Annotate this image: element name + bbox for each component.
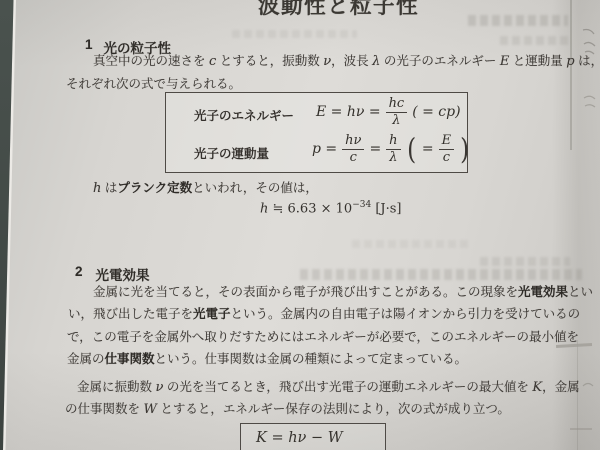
math-variable: K bbox=[532, 380, 542, 395]
key-term: プランク定数 bbox=[117, 181, 192, 195]
fraction: hν c bbox=[342, 134, 364, 164]
text-segment: の光子のエネルギー bbox=[380, 54, 499, 68]
bleed-through-mark bbox=[480, 257, 570, 266]
section2-heading-label: 光電効果 bbox=[96, 264, 150, 284]
fraction: h λ bbox=[386, 134, 400, 164]
fraction: hc λ bbox=[386, 97, 408, 127]
text-segment: とい bbox=[568, 285, 593, 299]
section2-number: 2 bbox=[75, 264, 83, 284]
text-segment: 金属に振動数 bbox=[77, 380, 155, 394]
section1-number: 1 bbox=[85, 37, 93, 57]
text-segment: は bbox=[101, 181, 117, 195]
formula-segment: = bbox=[422, 141, 434, 157]
math-variable: ν bbox=[323, 54, 331, 69]
text-segment: とすると，エネルギー保存の法則により，次の式が成り立つ。 bbox=[157, 402, 510, 416]
text-segment: 金属の bbox=[67, 352, 105, 366]
body-line: の仕事関数を W とすると，エネルギー保存の法則により，次の式が成り立つ。 bbox=[65, 403, 510, 416]
bleed-through-mark bbox=[232, 30, 357, 38]
section1-intro-line1: 真空中の光の速さを c とすると，振動数 ν，波長 λ の光子のエネルギー E … bbox=[93, 55, 600, 68]
fraction-numerator: hν bbox=[342, 134, 364, 150]
text-segment: の光を当てるとき，飛び出す光電子の運動エネルギーの最大値を bbox=[163, 380, 532, 394]
fraction-numerator: h bbox=[386, 134, 400, 150]
formula-segment: K = hν − W bbox=[256, 430, 343, 446]
body-line: 金属に振動数 ν の光を当てるとき，飛び出す光電子の運動エネルギーの最大値を K… bbox=[77, 381, 580, 394]
bleed-through-mark bbox=[500, 36, 572, 45]
unit-label: [J·s] bbox=[371, 201, 401, 216]
text-segment: で，この電子を金属外へ取りだすためにはエネルギーが必要で，このエネルギーの最小値… bbox=[67, 330, 579, 344]
section2-heading: 2 光電効果 bbox=[75, 264, 150, 284]
body-line: で，この電子を金属外へ取りだすためにはエネルギーが必要で，このエネルギーの最小値… bbox=[67, 331, 579, 344]
formula-segment: = bbox=[369, 141, 381, 157]
text-segment: ，金属 bbox=[542, 380, 580, 394]
text-segment: という。仕事関数は金属の種類によって定まっている。 bbox=[155, 352, 468, 366]
text-segment: という。金属内の自由電子は陽イオンから引力を受けているの bbox=[231, 307, 581, 321]
handwritten-mark bbox=[582, 92, 598, 112]
fraction-denominator: λ bbox=[386, 150, 400, 165]
body-line: い，飛び出した電子を光電子という。金属内の自由電子は陽イオンから引力を受けている… bbox=[68, 308, 580, 321]
fraction: E c bbox=[439, 134, 455, 164]
body-line: 金属に光を当てると，その表面から電子が飛び出すことがある。この現象を光電効果とい bbox=[93, 286, 593, 299]
fraction-denominator: c bbox=[342, 150, 364, 165]
text-segment: の仕事関数を bbox=[65, 402, 143, 416]
formula-segment: E = hν = bbox=[316, 104, 381, 120]
fraction-numerator: hc bbox=[386, 97, 408, 113]
text-segment: ，波長 bbox=[331, 54, 372, 68]
handwritten-mark bbox=[570, 428, 592, 430]
key-term: 光電効果 bbox=[518, 285, 568, 299]
bleed-through-mark bbox=[352, 240, 472, 248]
text-segment: 金属に光を当てると，その表面から電子が飛び出すことがある。この現象を bbox=[93, 285, 518, 299]
math-variable: p bbox=[566, 54, 574, 69]
page-title: 波動性と粒子性 bbox=[258, 0, 419, 20]
key-term: 光電子 bbox=[193, 307, 231, 321]
bleed-through-mark bbox=[300, 269, 582, 280]
exponent: −34 bbox=[352, 200, 371, 210]
momentum-formula: p = hν c = h λ ( = E c ) bbox=[312, 131, 470, 167]
textbook-page: 波動性と粒子性 1 光の粒子性 真空中の光の速さを c とすると，振動数 ν，波… bbox=[0, 0, 600, 450]
text-segment: は， bbox=[575, 54, 600, 68]
math-variable: W bbox=[143, 402, 156, 417]
text-segment: とすると，振動数 bbox=[216, 54, 323, 68]
body-line: 金属の仕事関数という。仕事関数は金属の種類によって定まっている。 bbox=[67, 353, 467, 366]
planck-note: h はプランク定数といわれ，その値は， bbox=[93, 182, 318, 195]
math-variable: E bbox=[500, 54, 510, 69]
page-edge-line bbox=[577, 340, 578, 450]
text-segment: い，飛び出した電子を bbox=[68, 307, 193, 321]
text-segment: と運動量 bbox=[509, 54, 566, 68]
photon-formula-box: 光子のエネルギー E = hν = hc λ ( = cp) 光子の運動量 p … bbox=[165, 92, 468, 173]
formula-segment: ≒ 6.63 × 10 bbox=[268, 201, 352, 216]
energy-label: 光子のエネルギー bbox=[194, 106, 294, 124]
text-segment: といわれ，その値は， bbox=[192, 181, 318, 195]
photoelectric-formula-box: K = hν − W bbox=[240, 423, 386, 450]
fraction-numerator: E bbox=[439, 134, 455, 150]
energy-formula: E = hν = hc λ ( = cp) bbox=[316, 94, 461, 130]
formula-segment: ( = cp) bbox=[412, 104, 460, 120]
fraction-denominator: c bbox=[439, 150, 455, 165]
photoelectric-formula: K = hν − W bbox=[256, 420, 343, 450]
handwritten-mark bbox=[580, 26, 598, 56]
handwritten-mark bbox=[581, 378, 595, 390]
photographed-textbook-page: { "page": { "title": "波動性と粒子性", "section… bbox=[0, 0, 600, 450]
bleed-through-mark bbox=[468, 15, 568, 26]
formula-segment: p = bbox=[312, 141, 337, 157]
fraction-denominator: λ bbox=[386, 113, 408, 128]
page-edge-line bbox=[570, 0, 572, 150]
section1-intro-line2: それぞれ次の式で与えられる。 bbox=[66, 78, 241, 91]
momentum-label: 光子の運動量 bbox=[194, 144, 269, 162]
planck-value: h ≒ 6.63 × 10−34 [J·s] bbox=[260, 200, 401, 216]
text-segment: 真空中の光の速さを bbox=[93, 54, 209, 68]
key-term: 仕事関数 bbox=[105, 352, 155, 366]
